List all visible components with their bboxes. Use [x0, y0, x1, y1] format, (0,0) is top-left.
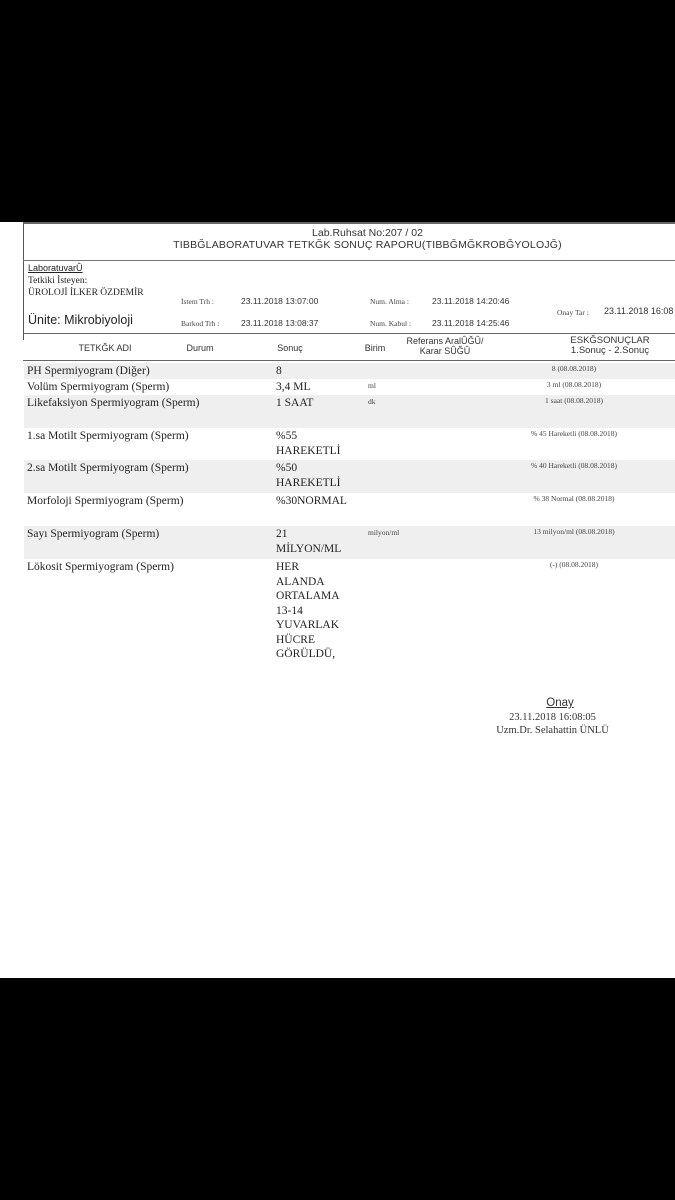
- test-name: Sayı Spermiyogram (Sperm): [27, 527, 267, 542]
- test-result: %30NORMAL: [276, 494, 366, 509]
- unit-label: Ünite: Mikrobiyoloji: [28, 313, 133, 327]
- table-row: 1.sa Motilt Spermiyogram (Sperm)%55 HARE…: [24, 428, 675, 460]
- table-row: Likefaksiyon Spermiyogram (Sperm)1 SAATd…: [24, 395, 675, 428]
- request-date-label: İstem Trh :: [181, 297, 214, 306]
- test-name: 1.sa Motilt Spermiyogram (Sperm): [27, 429, 202, 444]
- test-result: HER ALANDA ORTALAMA 13-14 YUVARLAK HÜCRE…: [276, 560, 366, 662]
- requester-value: ÜROLOJİ İLKER ÖZDEMİR: [28, 288, 144, 298]
- requester-label: Tetkiki İsteyen:: [28, 276, 87, 286]
- test-result: 8: [276, 364, 366, 379]
- sample-take-label: Num. Alma :: [370, 297, 409, 306]
- license-number: Lab.Ruhsat No:207 / 02: [0, 227, 675, 239]
- test-result: %55 HAREKETLİ: [276, 429, 366, 458]
- previous-result: % 45 Hareketli (08.08.2018): [474, 429, 674, 439]
- test-name: Morfoloji Spermiyogram (Sperm): [27, 494, 202, 509]
- col-reference: Referans AralÛĞÛ/ Karar SÛĞÛ: [395, 336, 495, 356]
- col-old-results: ESKĞSONUÇLAR 1.Sonuç - 2.Sonuç: [550, 336, 670, 356]
- col-reference-line1: Referans AralÛĞÛ/: [395, 336, 495, 346]
- previous-result: 13 milyon/ml (08.08.2018): [474, 527, 674, 537]
- approval-date-label: Onay Tar :: [557, 308, 589, 317]
- lab-report-page: Lab.Ruhsat No:207 / 02 TIBBĞLABORATUVAR …: [0, 222, 675, 978]
- test-name: 2.sa Motilt Spermiyogram (Sperm): [27, 461, 202, 476]
- test-name: Lökosit Spermiyogram (Sperm): [27, 560, 202, 575]
- sample-take-date: 23.11.2018 14:20:46: [432, 296, 509, 306]
- col-test-name: TETKĞK ADI: [60, 343, 150, 353]
- approval-datetime: 23.11.2018 16:08:05: [470, 712, 635, 723]
- report-title: TIBBĞLABORATUVAR TETKĞK SONUÇ RAPORU(TIB…: [0, 239, 675, 251]
- divider: [23, 360, 675, 361]
- laboratory-label: LaboratuvarÛ: [28, 263, 83, 273]
- sample-accept-label: Num. Kabul :: [370, 319, 411, 328]
- col-unit: Birim: [350, 343, 400, 353]
- test-name: Likefaksiyon Spermiyogram (Sperm): [27, 396, 202, 411]
- table-row: PH Spermiyogram (Diğer)88 (08.08.2018): [24, 363, 675, 379]
- test-unit: ml: [368, 381, 376, 391]
- test-unit: dk: [368, 397, 376, 407]
- request-date: 23.11.2018 13:07:00: [241, 296, 318, 306]
- approval-label: Onay: [500, 697, 620, 709]
- barcode-date: 23.11.2018 13:08:37: [241, 318, 318, 328]
- col-result: Sonuç: [260, 343, 320, 353]
- test-unit: milyon/ml: [368, 528, 399, 538]
- approving-doctor: Uzm.Dr. Selahattin ÜNLÜ: [460, 725, 645, 736]
- approval-date: 23.11.2018 16:08: [604, 306, 673, 316]
- test-result: %50 HAREKETLİ: [276, 461, 366, 490]
- barcode-date-label: Barkod Trh :: [181, 319, 219, 328]
- test-name: PH Spermiyogram (Diğer): [27, 364, 267, 379]
- previous-result: 8 (08.08.2018): [474, 364, 674, 374]
- table-row: Sayı Spermiyogram (Sperm)21 MİLYON/MLmil…: [24, 526, 675, 559]
- previous-result: 1 saat (08.08.2018): [474, 396, 674, 406]
- test-result: 3,4 ML: [276, 380, 366, 395]
- previous-result: 3 ml (08.08.2018): [474, 380, 674, 390]
- table-row: 2.sa Motilt Spermiyogram (Sperm)%50 HARE…: [24, 460, 675, 493]
- table-row: Volüm Spermiyogram (Sperm)3,4 MLml3 ml (…: [24, 379, 675, 395]
- test-result: 21 MİLYON/ML: [276, 527, 366, 556]
- col-old-results-line2: 1.Sonuç - 2.Sonuç: [550, 346, 670, 356]
- table-row: Lökosit Spermiyogram (Sperm)HER ALANDA O…: [24, 559, 675, 669]
- test-result: 1 SAAT: [276, 396, 366, 411]
- table-row: Morfoloji Spermiyogram (Sperm)%30NORMAL%…: [24, 493, 675, 526]
- col-reference-line2: Karar SÛĞÛ: [395, 346, 495, 356]
- col-status: Durum: [170, 343, 230, 353]
- test-name: Volüm Spermiyogram (Sperm): [27, 380, 267, 395]
- divider: [23, 260, 675, 261]
- previous-result: % 40 Hareketli (08.08.2018): [474, 461, 674, 471]
- previous-result: % 38 Normal (08.08.2018): [474, 494, 674, 504]
- previous-result: (-) (08.08.2018): [474, 560, 674, 570]
- divider: [23, 333, 675, 334]
- sample-accept-date: 23.11.2018 14:25:46: [432, 318, 509, 328]
